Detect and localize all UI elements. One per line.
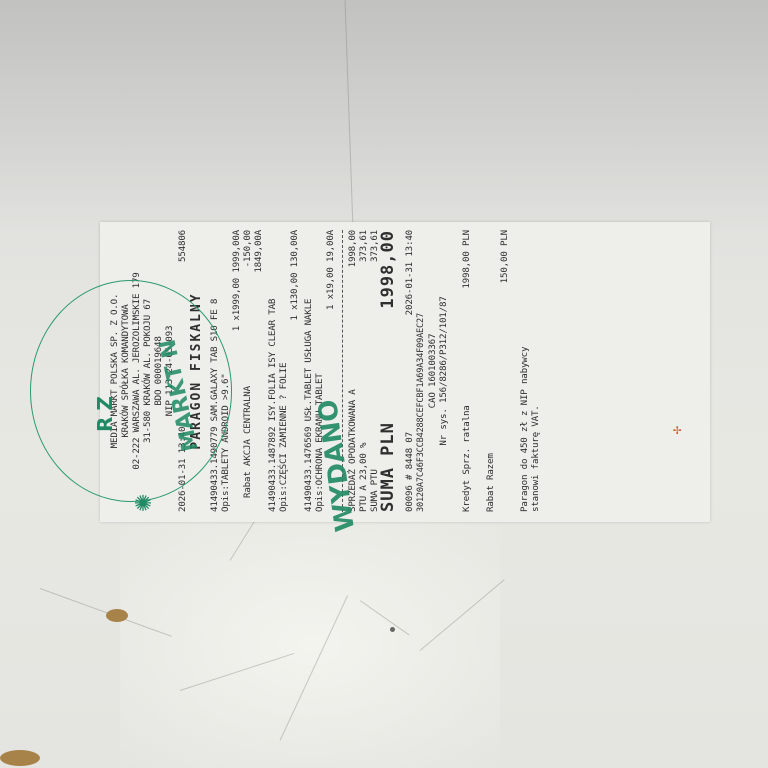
- item-2-category: Opis:CZĘŚCI ZAMIENNE ? FOLIE: [279, 230, 290, 512]
- receipt-hash: 30120A7C46F3CCB4288CEFCBF1A69A34F09AEC27: [416, 230, 427, 512]
- dirt-spot: [390, 627, 395, 632]
- footer-datetime: 2026-01-31 13:40: [405, 230, 416, 512]
- ptu-value: 373,61: [359, 230, 370, 512]
- item-2-price: 1 x130,00 130,00A: [290, 230, 301, 512]
- shadow-area: [0, 0, 768, 240]
- stamp-ring-text: RZ: [100, 390, 111, 432]
- discount-total-value: 150,00 PLN: [500, 230, 511, 512]
- cash-register-id: CAO 1601003367: [428, 230, 439, 512]
- invoice-note-2: stanowi fakturę VAT.: [531, 230, 542, 512]
- rust-stain: [0, 750, 40, 766]
- stamp-ring: [30, 280, 232, 502]
- discount-total-label: Rabat Razem: [486, 230, 497, 512]
- payment-value: 1998,00 PLN: [462, 230, 473, 512]
- item-1-price: 1 x1999,00 1999,00A: [232, 230, 243, 512]
- item-2-description: 41490433.1487892 ISY.FOLIA ISY CLEAR TAB: [268, 230, 279, 512]
- system-number: Nr sys. 156/8286/P312/101/87: [439, 230, 450, 512]
- receipt-paper: MEDIA MARKT POLSKA SP. Z O.O. KRAKÓW SPÓ…: [100, 222, 710, 522]
- total-value: 1998,00: [383, 230, 394, 512]
- item-1-after-discount: 1849,00A: [254, 230, 265, 512]
- light-glare: [120, 520, 500, 768]
- item-3-description: 41490433.1476569 USŁ.TABLET USŁUGA NAKLE: [304, 230, 315, 512]
- invoice-note-1: Paragon do 450 zł z NIP nabywcy: [520, 230, 531, 512]
- red-mark: ✢: [673, 422, 681, 438]
- rust-stain: [106, 609, 128, 622]
- item-1-discount-value: -150,00: [243, 230, 254, 512]
- stamp-logo-icon: ✺: [140, 494, 151, 512]
